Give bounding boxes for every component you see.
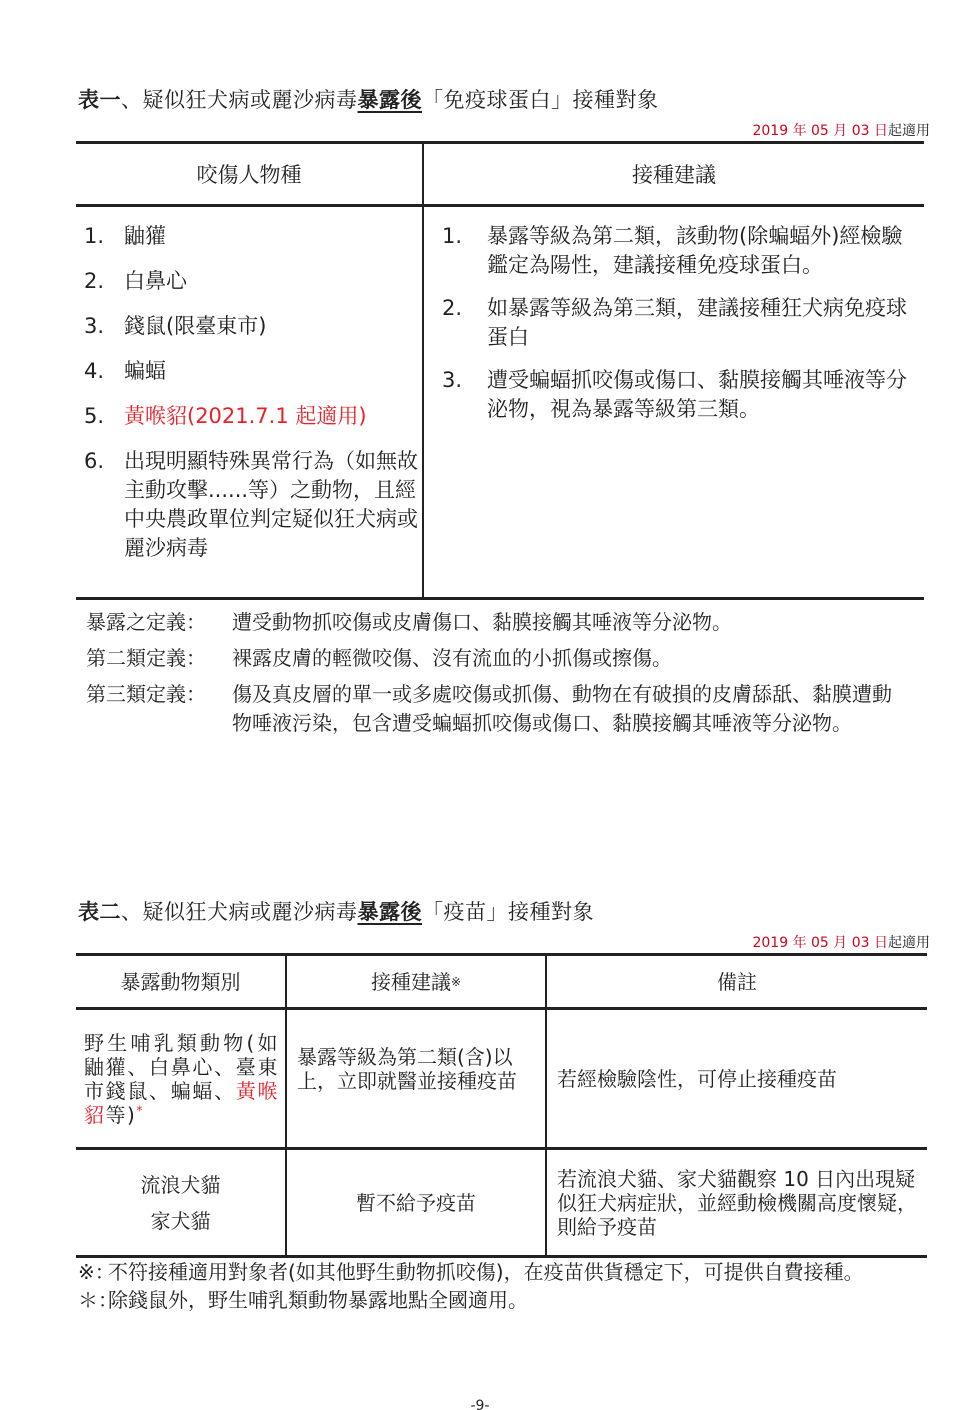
item-text: 出現明顯特殊異常行為（如無故主動攻擊......等）之動物，且經中央農政單位判定… — [124, 447, 422, 563]
page-number: -9- — [0, 1398, 960, 1410]
recommendation-item: 3.遭受蝙蝠抓咬傷或傷口、黏膜接觸其唾液等分泌物，視為暴露等級第三類。 — [442, 366, 914, 424]
table1-recommendation-list: 1.暴露等級為第二類，該動物(除蝙蝠外)經檢驗鑑定為陽性，建議接種免疫球蛋白。 … — [424, 207, 924, 597]
table2-effective-date: 2019 年 05 月 03 日起適用 — [752, 932, 930, 952]
category-cell: 野生哺乳類動物(如鼬獾、白鼻心、臺東市錢鼠、蝙蝠、黃喉貂等)* — [76, 1010, 287, 1147]
item-number: 3. — [442, 366, 487, 424]
table1-title-mid: 、疑似狂犬病或麗沙病毒 — [121, 88, 358, 112]
table2-title-suffix: 「疫苗」接種對象 — [422, 900, 594, 924]
definition-item: 第三類定義：傷及真皮層的單一或多處咬傷或抓傷、動物在有破損的皮膚舔舐、黏膜遭動物… — [86, 680, 906, 738]
category-tail: 等) — [106, 1103, 137, 1127]
definition-text: 裸露皮膚的輕微咬傷、沒有流血的小抓傷或擦傷。 — [232, 644, 906, 673]
table1-body-row: 1.鼬獾 2.白鼻心 3.錢鼠(限臺東市) 4.蝙蝠 5.黃喉貂(2021.7.… — [76, 207, 924, 600]
recommendation-cell: 暫不給予疫苗 — [287, 1150, 547, 1255]
item-number: 5. — [84, 402, 124, 431]
table2-header-notes: 備註 — [547, 956, 927, 1007]
footnotes: ※：不符接種適用對象者(如其他野生動物抓咬傷)，在疫苗供貨穩定下，可提供自費接種… — [78, 1258, 938, 1314]
footnote-mark: ＊： — [78, 1286, 108, 1314]
footnote-item: ＊：除錢鼠外，野生哺乳類動物暴露地點全國適用。 — [78, 1286, 938, 1314]
animal-item: 6.出現明顯特殊異常行為（如無故主動攻擊......等）之動物，且經中央農政單位… — [84, 447, 422, 563]
table-row: 野生哺乳類動物(如鼬獾、白鼻心、臺東市錢鼠、蝙蝠、黃喉貂等)* 暴露等級為第二類… — [76, 1010, 927, 1150]
item-text: 鼬獾 — [124, 222, 422, 251]
footnote-text: 除錢鼠外，野生哺乳類動物暴露地點全國適用。 — [108, 1286, 938, 1314]
table2-title-emph: 暴露後 — [358, 900, 423, 924]
table1-date-suffix: 起適用 — [888, 123, 930, 139]
table1-title-emph: 暴露後 — [358, 88, 423, 112]
table1-header-recommendation: 接種建議 — [424, 144, 924, 204]
recommendation-cell: 暴露等級為第二類(含)以上，立即就醫並接種疫苗 — [287, 1010, 547, 1147]
definition-item: 暴露之定義：遭受動物抓咬傷或皮膚傷口、黏膜接觸其唾液等分泌物。 — [86, 608, 906, 637]
table1-title: 表一、疑似狂犬病或麗沙病毒暴露後「免疫球蛋白」接種對象 — [78, 84, 659, 114]
item-number: 6. — [84, 447, 124, 563]
item-text: 白鼻心 — [124, 267, 422, 296]
item-number: 1. — [84, 222, 124, 251]
definition-text: 傷及真皮層的單一或多處咬傷或抓傷、動物在有破損的皮膚舔舐、黏膜遭動物唾液污染，包… — [232, 680, 906, 738]
table2-date-suffix: 起適用 — [888, 935, 930, 951]
item-text: 蝙蝠 — [124, 357, 422, 386]
animal-item-highlighted: 5.黃喉貂(2021.7.1 起適用) — [84, 402, 422, 431]
table2-date-value: 2019 年 05 月 03 日 — [752, 935, 888, 951]
category-line: 家犬貓 — [151, 1203, 211, 1239]
table1-effective-date: 2019 年 05 月 03 日起適用 — [752, 120, 930, 140]
item-text: 黃喉貂(2021.7.1 起適用) — [124, 402, 422, 431]
exposure-definitions: 暴露之定義：遭受動物抓咬傷或皮膚傷口、黏膜接觸其唾液等分泌物。 第二類定義：裸露… — [86, 608, 906, 745]
table-row: 流浪犬貓家犬貓 暫不給予疫苗 若流浪犬貓、家犬貓觀察 10 日內出現疑似狂犬病症… — [76, 1150, 927, 1258]
item-number: 2. — [442, 294, 487, 352]
footnote-text: 不符接種適用對象者(如其他野生動物抓咬傷)，在疫苗供貨穩定下，可提供自費接種。 — [108, 1258, 938, 1286]
animal-item: 4.蝙蝠 — [84, 357, 422, 386]
definition-item: 第二類定義：裸露皮膚的輕微咬傷、沒有流血的小抓傷或擦傷。 — [86, 644, 906, 673]
animal-item: 1.鼬獾 — [84, 222, 422, 251]
item-number: 2. — [84, 267, 124, 296]
table1-title-prefix: 表一 — [78, 88, 121, 112]
category-line: 流浪犬貓 — [141, 1167, 221, 1203]
table2-vaccine: 暴露動物類別 接種建議※ 備註 野生哺乳類動物(如鼬獾、白鼻心、臺東市錢鼠、蝙蝠… — [76, 953, 927, 1258]
table1-header-species: 咬傷人物種 — [76, 144, 424, 204]
footnote-item: ※：不符接種適用對象者(如其他野生動物抓咬傷)，在疫苗供貨穩定下，可提供自費接種… — [78, 1258, 938, 1286]
definition-text: 遭受動物抓咬傷或皮膚傷口、黏膜接觸其唾液等分泌物。 — [232, 608, 906, 637]
table2-header-category: 暴露動物類別 — [76, 956, 287, 1007]
table1-title-suffix: 「免疫球蛋白」接種對象 — [422, 88, 659, 112]
animal-item: 3.錢鼠(限臺東市) — [84, 312, 422, 341]
item-text: 如暴露等級為第三類，建議接種狂犬病免疫球蛋白 — [487, 294, 914, 352]
recommendation-item: 2.如暴露等級為第三類，建議接種狂犬病免疫球蛋白 — [442, 294, 914, 352]
header-label: 接種建議 — [371, 970, 451, 994]
item-text: 暴露等級為第二類，該動物(除蝙蝠外)經檢驗鑑定為陽性，建議接種免疫球蛋白。 — [487, 222, 914, 280]
footnote-mark: ※： — [78, 1258, 108, 1286]
item-number: 4. — [84, 357, 124, 386]
table1-immunoglobulin: 咬傷人物種 接種建議 1.鼬獾 2.白鼻心 3.錢鼠(限臺東市) 4.蝙蝠 5.… — [76, 141, 924, 600]
definition-term: 第二類定義： — [86, 644, 232, 673]
note-cell: 若經檢驗陰性，可停止接種疫苗 — [547, 1010, 927, 1147]
asterisk-mark: * — [136, 1103, 144, 1117]
table1-animal-list: 1.鼬獾 2.白鼻心 3.錢鼠(限臺東市) 4.蝙蝠 5.黃喉貂(2021.7.… — [76, 207, 424, 597]
table2-header-recommendation: 接種建議※ — [287, 956, 547, 1007]
note-cell: 若流浪犬貓、家犬貓觀察 10 日內出現疑似狂犬病症狀，並經動檢機關高度懷疑，則給… — [547, 1150, 927, 1255]
table2-title: 表二、疑似狂犬病或麗沙病毒暴露後「疫苗」接種對象 — [78, 896, 594, 926]
animal-item: 2.白鼻心 — [84, 267, 422, 296]
definition-term: 暴露之定義： — [86, 608, 232, 637]
category-cell: 流浪犬貓家犬貓 — [76, 1150, 287, 1255]
table1-header-row: 咬傷人物種 接種建議 — [76, 141, 924, 207]
table1-date-value: 2019 年 05 月 03 日 — [752, 123, 888, 139]
table2-title-prefix: 表二 — [78, 900, 121, 924]
table2-header-row: 暴露動物類別 接種建議※ 備註 — [76, 953, 927, 1010]
recommendation-item: 1.暴露等級為第二類，該動物(除蝙蝠外)經檢驗鑑定為陽性，建議接種免疫球蛋白。 — [442, 222, 914, 280]
definition-term: 第三類定義： — [86, 680, 232, 738]
table2-title-mid: 、疑似狂犬病或麗沙病毒 — [121, 900, 358, 924]
item-number: 1. — [442, 222, 487, 280]
item-text: 錢鼠(限臺東市) — [124, 312, 422, 341]
item-number: 3. — [84, 312, 124, 341]
item-text: 遭受蝙蝠抓咬傷或傷口、黏膜接觸其唾液等分泌物，視為暴露等級第三類。 — [487, 366, 914, 424]
